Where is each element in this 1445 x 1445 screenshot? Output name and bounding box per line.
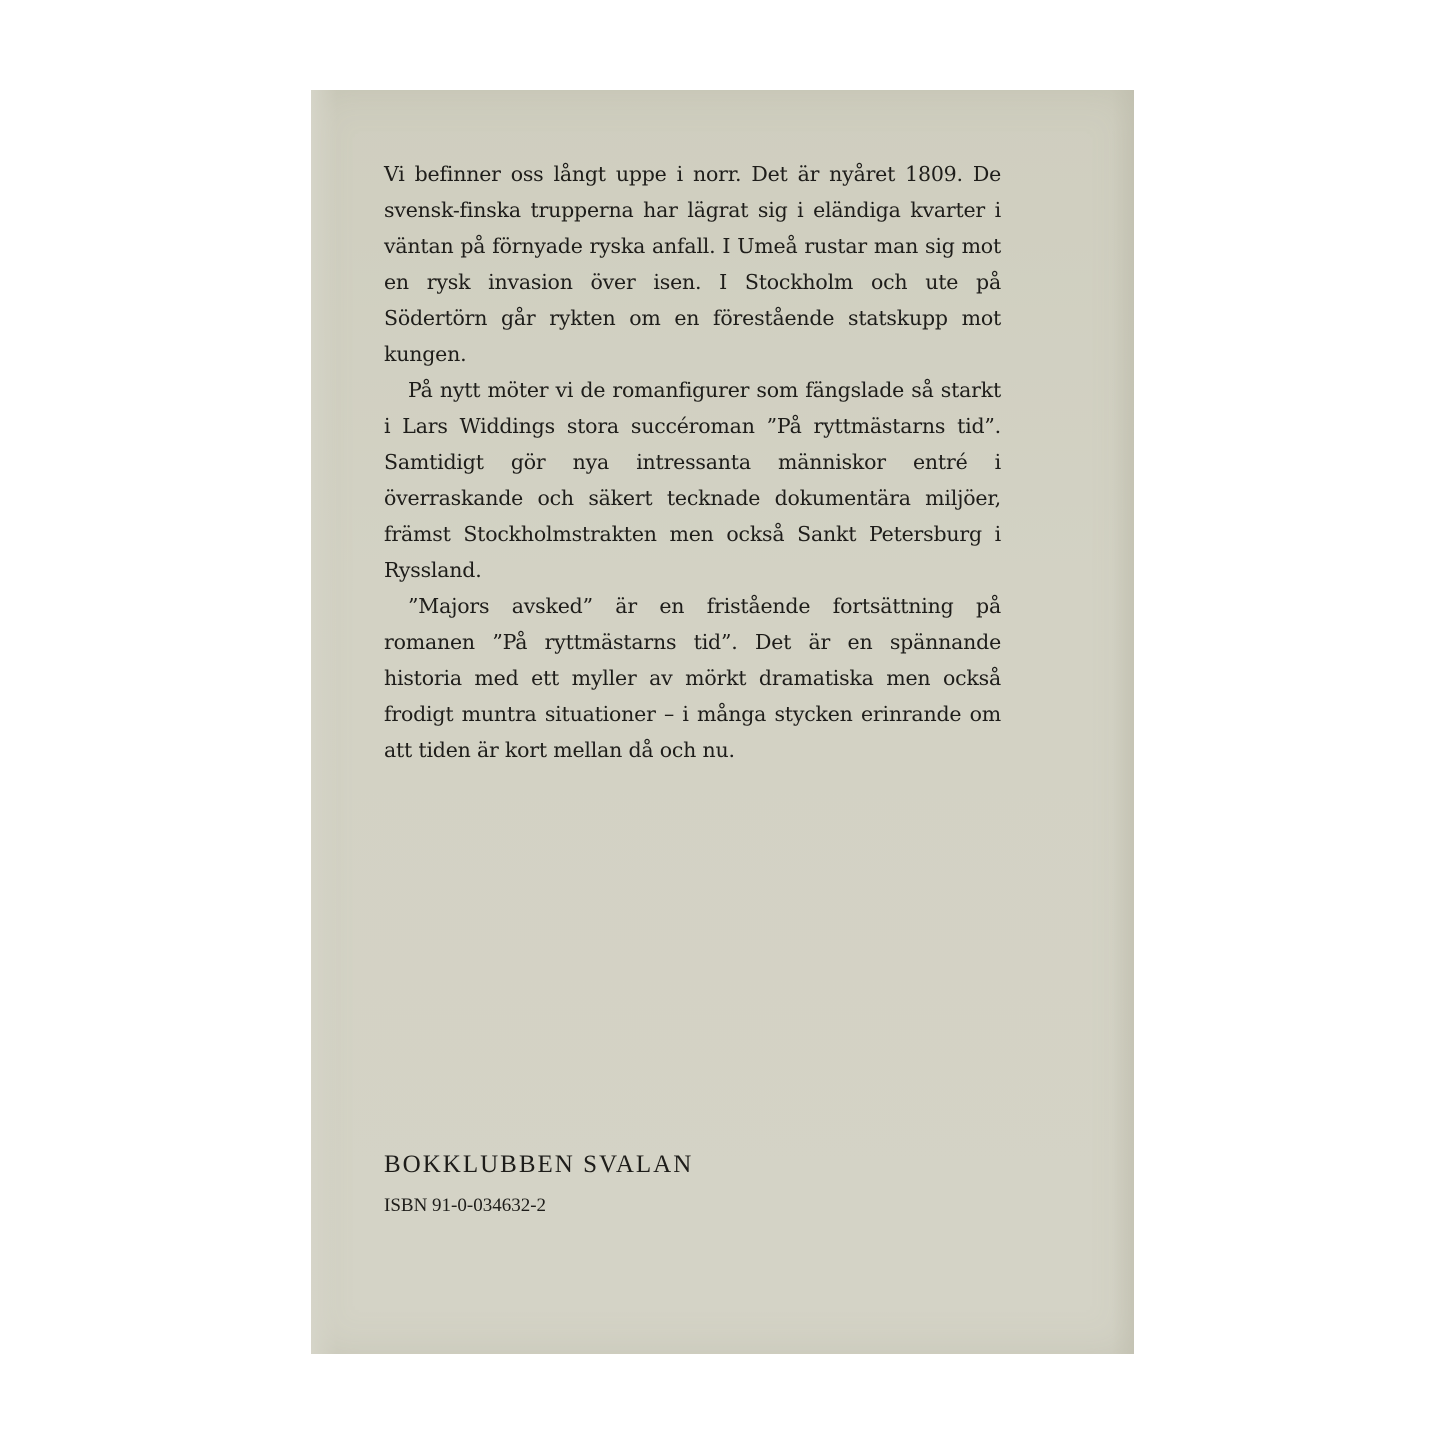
blurb-text: Vi befinner oss långt uppe i norr. Det ä… (384, 156, 1001, 768)
blurb-paragraph-2: På nytt möter vi de romanfigurer som fän… (384, 372, 1001, 588)
blurb-paragraph-1: Vi befinner oss långt uppe i norr. Det ä… (384, 156, 1001, 372)
book-back-cover: Vi befinner oss långt uppe i norr. Det ä… (311, 90, 1134, 1354)
publisher-name: BOKKLUBBEN SVALAN (384, 1151, 693, 1179)
blurb-paragraph-3: ”Majors avsked” är en fristående fortsät… (384, 588, 1001, 768)
isbn-number: ISBN 91-0-034632-2 (384, 1195, 546, 1217)
